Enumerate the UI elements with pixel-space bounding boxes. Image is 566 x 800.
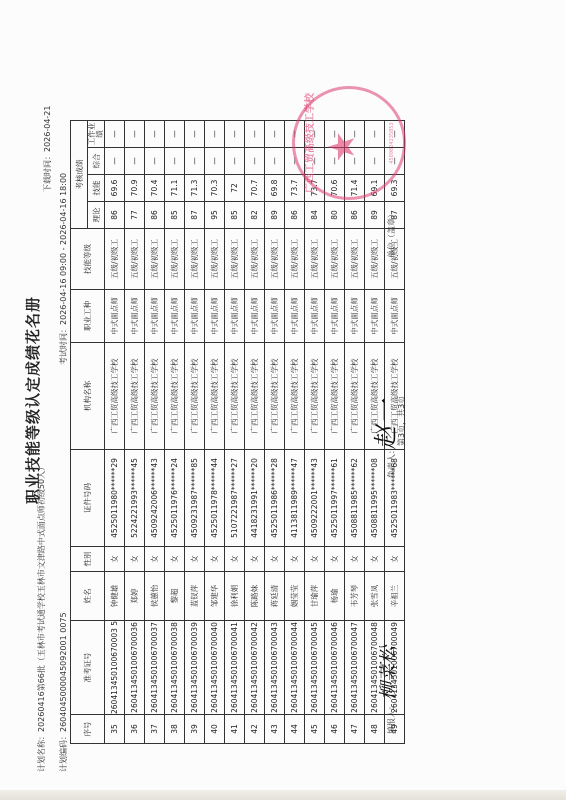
cell-sex: 女 xyxy=(245,546,265,571)
cell-theory: 85 xyxy=(225,201,245,228)
cell-job: 中式面点师 xyxy=(205,289,225,342)
cell-seq: 35 xyxy=(105,715,125,744)
cell-ticket: 2604134501006700042 xyxy=(245,620,265,714)
table-row: 462604134501006700046杨瑜女4525011997******… xyxy=(325,120,345,743)
cell-ticket: 2604134501006700039 xyxy=(185,620,205,714)
scanned-page-frame: 职业技能等级认定成绩花名册 计划名称：20260416第66批（玉林市考试通学校… xyxy=(0,0,566,800)
cell-skill: 70.3 xyxy=(205,174,225,201)
cell-seq: 47 xyxy=(345,715,365,744)
cell-level: 五级/初级工 xyxy=(165,228,185,289)
cell-sex: 女 xyxy=(205,546,225,571)
cell-id: 4525011980******29 xyxy=(105,449,125,546)
cell-job: 中式面点师 xyxy=(145,289,165,342)
cell-work: — xyxy=(105,120,125,147)
cell-name: 陈路妹 xyxy=(245,571,265,620)
cell-id: 4508811995******08 xyxy=(365,449,385,546)
cell-ticket: 260413450100670003 5 xyxy=(105,620,125,714)
table-row: 35260413450100670003 5钟健雄女4525011980****… xyxy=(105,120,125,743)
table-row: 442604134501006700044姻莹莹女4113811989*****… xyxy=(285,120,305,743)
cell-id: 4418231991******20 xyxy=(245,449,265,546)
download-time: 下载时间：2026-04-21 xyxy=(42,106,53,193)
cell-job: 中式面点师 xyxy=(125,289,145,342)
cell-name: 辛祖兰 xyxy=(385,571,405,620)
header-id: 证件号码 xyxy=(71,449,105,546)
table-body: 35260413450100670003 5钟健雄女4525011980****… xyxy=(105,120,405,743)
cell-job: 中式面点师 xyxy=(265,289,285,342)
cell-name: 张雪凤 xyxy=(365,571,385,620)
seal-text: 广西工贸高级技工学校 xyxy=(301,93,316,193)
cell-seq: 42 xyxy=(245,715,265,744)
header-work: 工作业绩 xyxy=(88,120,105,147)
cell-name: 侯蕙怡 xyxy=(145,571,165,620)
cell-ticket: 2604134501006700043 xyxy=(265,620,285,714)
table-row: 432604134501006700043蒋延清女4525011986*****… xyxy=(265,120,285,743)
cell-sex: 女 xyxy=(325,546,345,571)
seal-number: 4509824235853 xyxy=(389,97,395,189)
unit-seal-label: 单位（盖章） xyxy=(386,210,397,258)
cell-name: 黎超 xyxy=(165,571,185,620)
header-skill: 技能 xyxy=(88,174,105,201)
cell-level: 五级/初级工 xyxy=(205,228,225,289)
page-info: 第3页，共3页 xyxy=(396,396,407,446)
header-org: 机构名称 xyxy=(71,342,105,449)
cell-id: 4525011986******28 xyxy=(265,449,285,546)
cell-ticket: 2604134501006700040 xyxy=(205,620,225,714)
table-row: 382604134501006700038黎超女4525011976******… xyxy=(165,120,185,743)
header-ticket: 准考证号 xyxy=(71,620,105,714)
cell-sex: 女 xyxy=(145,546,165,571)
cell-level: 五级/初级工 xyxy=(125,228,145,289)
cell-ticket: 2604134501006700045 xyxy=(305,620,325,714)
header-job: 职业工种 xyxy=(71,289,105,342)
cell-name: 甘瑜萍 xyxy=(305,571,325,620)
table-row: 402604134501006700040邹建华女4525011978*****… xyxy=(205,120,225,743)
header-comprehensive: 综合 xyxy=(88,147,105,174)
cell-name: 徐利娟 xyxy=(225,571,245,620)
plan-name: 计划名称：20260416第66批（玉林市考试通学校玉林市文津路中式面点师初级5… xyxy=(36,442,47,772)
cell-name: 郑婷 xyxy=(125,571,145,620)
cell-id: 4525011978******44 xyxy=(205,449,225,546)
cell-org: 广西工贸高级技工学校 xyxy=(185,342,205,449)
cell-org: 广西工贸高级技工学校 xyxy=(345,342,365,449)
filler-label: 填报人： xyxy=(386,702,397,734)
cell-seq: 40 xyxy=(205,715,225,744)
cell-level: 五级/初级工 xyxy=(265,228,285,289)
cell-job: 中式面点师 xyxy=(385,289,405,342)
cell-org: 广西工贸高级技工学校 xyxy=(225,342,245,449)
cell-work: — xyxy=(245,120,265,147)
cell-work: — xyxy=(205,120,225,147)
cell-id: 4508811985******62 xyxy=(345,449,365,546)
cell-name: 蒋延清 xyxy=(265,571,285,620)
table-row: 452604134501006700045甘瑜萍女4509222001*****… xyxy=(305,120,325,743)
official-seal: 广西工贸高级技工学校 ★ 4509824235853 xyxy=(292,86,406,200)
cell-theory: 89 xyxy=(265,201,285,228)
cell-seq: 43 xyxy=(265,715,285,744)
cell-skill: 70.7 xyxy=(245,174,265,201)
cell-level: 五级/初级工 xyxy=(225,228,245,289)
table-row: 422604134501006700042陈路妹女4418231991*****… xyxy=(245,120,265,743)
cell-id: 4525011997******61 xyxy=(325,449,345,546)
cell-skill: 71.1 xyxy=(165,174,185,201)
cell-work: — xyxy=(185,120,205,147)
cell-ticket: 2604134501006700036 xyxy=(125,620,145,714)
cell-sex: 女 xyxy=(185,546,205,571)
cell-level: 五级/初级工 xyxy=(145,228,165,289)
cell-level: 五级/初级工 xyxy=(325,228,345,289)
cell-seq: 46 xyxy=(325,715,345,744)
cell-theory: 95 xyxy=(205,201,225,228)
header-level: 技能等级 xyxy=(71,228,105,289)
cell-skill: 71.3 xyxy=(185,174,205,201)
cell-id: 4509242006******43 xyxy=(145,449,165,546)
cell-name: 邹建华 xyxy=(205,571,225,620)
cell-skill: 69.8 xyxy=(265,174,285,201)
cell-comp: — xyxy=(185,147,205,174)
table-row: 392604134501006700039蓝钗萍女4509231987*****… xyxy=(185,120,205,743)
cell-ticket: 2604134501006700041 xyxy=(225,620,245,714)
cell-theory: 87 xyxy=(185,201,205,228)
cell-sex: 女 xyxy=(225,546,245,571)
cell-ticket: 2604134501006700038 xyxy=(165,620,185,714)
cell-ticket: 2604134501006700037 xyxy=(145,620,165,714)
scan-edge xyxy=(0,790,566,800)
cell-comp: — xyxy=(265,147,285,174)
cell-name: 姻莹莹 xyxy=(285,571,305,620)
score-roster-table: 序号 准考证号 姓名 性别 证件号码 机构名称 职业工种 技能等级 考核成绩 理… xyxy=(70,120,405,744)
table-row: 412604134501006700041徐利娟女5107221987*****… xyxy=(225,120,245,743)
cell-level: 五级/初级工 xyxy=(305,228,325,289)
roster-page: 职业技能等级认定成绩花名册 计划名称：20260416第66批（玉林市考试通学校… xyxy=(0,0,566,800)
cell-sex: 女 xyxy=(265,546,285,571)
cell-skill: 69.6 xyxy=(105,174,125,201)
cell-sex: 女 xyxy=(105,546,125,571)
cell-org: 广西工贸高级技工学校 xyxy=(105,342,125,449)
cell-org: 广西工贸高级技工学校 xyxy=(205,342,225,449)
cell-theory: 77 xyxy=(125,201,145,228)
cell-job: 中式面点师 xyxy=(305,289,325,342)
cell-name: 蓝钗萍 xyxy=(185,571,205,620)
cell-sex: 女 xyxy=(285,546,305,571)
cell-ticket: 2604134501006700044 xyxy=(285,620,305,714)
cell-theory: 89 xyxy=(365,201,385,228)
table-row: 372604134501006700037侯蕙怡女4509242006*****… xyxy=(145,120,165,743)
table-row: 362604134501006700036郑婷女5224221993******… xyxy=(125,120,145,743)
cell-theory: 86 xyxy=(285,201,305,228)
cell-comp: — xyxy=(125,147,145,174)
cell-sex: 女 xyxy=(345,546,365,571)
header-scores-group: 考核成绩 xyxy=(71,120,88,228)
cell-job: 中式面点师 xyxy=(285,289,305,342)
cell-org: 广西工贸高级技工学校 xyxy=(145,342,165,449)
cell-seq: 37 xyxy=(145,715,165,744)
cell-name: 韦芳琴 xyxy=(345,571,365,620)
cell-theory: 85 xyxy=(165,201,185,228)
cell-org: 广西工贸高级技工学校 xyxy=(125,342,145,449)
cell-theory: 86 xyxy=(345,201,365,228)
cell-level: 五级/初级工 xyxy=(345,228,365,289)
filler-signature: 柳菜松 xyxy=(374,646,400,700)
cell-org: 广西工贸高级技工学校 xyxy=(305,342,325,449)
cell-org: 广西工贸高级技工学校 xyxy=(265,342,285,449)
cell-job: 中式面点师 xyxy=(105,289,125,342)
cell-work: — xyxy=(125,120,145,147)
cell-id: 4113811989******47 xyxy=(285,449,305,546)
cell-comp: — xyxy=(105,147,125,174)
cell-seq: 38 xyxy=(165,715,185,744)
cell-theory: 86 xyxy=(105,201,125,228)
header-sex: 性别 xyxy=(71,546,105,571)
cell-comp: — xyxy=(165,147,185,174)
cell-job: 中式面点师 xyxy=(245,289,265,342)
cell-id: 4525011976******24 xyxy=(165,449,185,546)
header-theory: 理论 xyxy=(88,201,105,228)
cell-level: 五级/初级工 xyxy=(285,228,305,289)
cell-seq: 39 xyxy=(185,715,205,744)
cell-work: — xyxy=(265,120,285,147)
cell-comp: — xyxy=(205,147,225,174)
cell-work: — xyxy=(165,120,185,147)
cell-org: 广西工贸高级技工学校 xyxy=(325,342,345,449)
cell-job: 中式面点师 xyxy=(165,289,185,342)
cell-ticket: 2604134501006700046 xyxy=(325,620,345,714)
exam-time: 考试时间：2026-04-16 09:00 - 2026-04-16 18:00 xyxy=(58,173,69,365)
cell-level: 五级/初级工 xyxy=(105,228,125,289)
cell-work: — xyxy=(145,120,165,147)
cell-sex: 女 xyxy=(125,546,145,571)
cell-comp: — xyxy=(245,147,265,174)
cell-job: 中式面点师 xyxy=(365,289,385,342)
cell-org: 广西工贸高级技工学校 xyxy=(165,342,185,449)
cell-work: — xyxy=(225,120,245,147)
header-name: 姓名 xyxy=(71,571,105,620)
cell-level: 五级/初级工 xyxy=(185,228,205,289)
cell-job: 中式面点师 xyxy=(185,289,205,342)
plan-code: 计划编码：2604045000045092001 0075 xyxy=(58,612,69,772)
cell-seq: 48 xyxy=(365,715,385,744)
cell-theory: 82 xyxy=(245,201,265,228)
cell-org: 广西工贸高级技工学校 xyxy=(245,342,265,449)
cell-sex: 女 xyxy=(305,546,325,571)
table-row: 472604134501006700047韦芳琴女4508811985*****… xyxy=(345,120,365,743)
cell-theory: 80 xyxy=(325,201,345,228)
cell-ticket: 2604134501006700047 xyxy=(345,620,365,714)
cell-id: 5224221993******45 xyxy=(125,449,145,546)
cell-seq: 45 xyxy=(305,715,325,744)
cell-sex: 女 xyxy=(165,546,185,571)
cell-theory: 86 xyxy=(145,201,165,228)
cell-level: 五级/初级工 xyxy=(365,228,385,289)
cell-id: 5107221987******27 xyxy=(225,449,245,546)
responsible-label: 负责人： xyxy=(386,446,397,478)
header-seq: 序号 xyxy=(71,715,105,744)
cell-name: 杨瑜 xyxy=(325,571,345,620)
cell-job: 中式面点师 xyxy=(345,289,365,342)
cell-job: 中式面点师 xyxy=(325,289,345,342)
cell-sex: 女 xyxy=(365,546,385,571)
cell-comp: — xyxy=(225,147,245,174)
cell-comp: — xyxy=(145,147,165,174)
cell-skill: 72 xyxy=(225,174,245,201)
cell-name: 钟健雄 xyxy=(105,571,125,620)
cell-id: 4509222001******43 xyxy=(305,449,325,546)
cell-seq: 44 xyxy=(285,715,305,744)
cell-level: 五级/初级工 xyxy=(245,228,265,289)
star-icon: ★ xyxy=(323,131,363,163)
cell-sex: 女 xyxy=(385,546,405,571)
cell-id: 4509231987******85 xyxy=(185,449,205,546)
cell-theory: 84 xyxy=(305,201,325,228)
cell-job: 中式面点师 xyxy=(225,289,245,342)
cell-org: 广西工贸高级技工学校 xyxy=(285,342,305,449)
cell-seq: 41 xyxy=(225,715,245,744)
cell-skill: 70.9 xyxy=(125,174,145,201)
cell-skill: 70.4 xyxy=(145,174,165,201)
cell-seq: 36 xyxy=(125,715,145,744)
